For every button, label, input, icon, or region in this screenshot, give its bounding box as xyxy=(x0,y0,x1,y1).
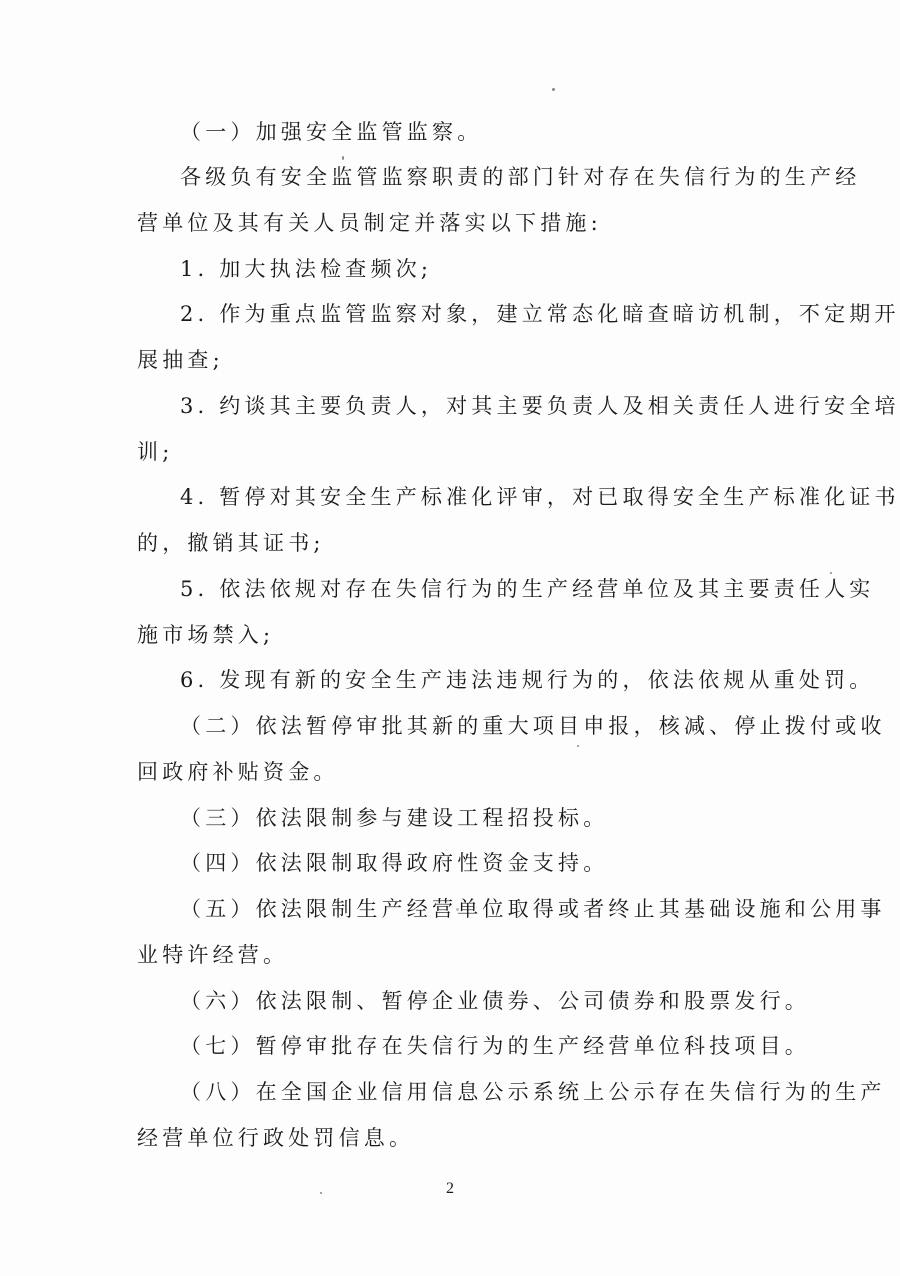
list-item-3: 3. 约谈其主要负责人，对其主要负责人及相关责任人进行安全培 xyxy=(180,392,830,420)
page-number: 2 xyxy=(0,1180,900,1198)
section-heading-4: （四）依法限制取得政府性资金支持。 xyxy=(180,849,830,877)
list-item-3-cont: 训; xyxy=(137,438,787,466)
list-item-5: 5. 依法依规对存在失信行为的生产经营单位及其主要责任人实 xyxy=(180,575,830,603)
section-heading-7: （七）暂停审批存在失信行为的生产经营单位科技项目。 xyxy=(180,1032,830,1060)
scan-speck xyxy=(830,572,832,574)
list-item-2: 2. 作为重点监管监察对象，建立常态化暗查暗访机制，不定期开 xyxy=(180,300,830,328)
document-page: （一）加强安全监管监察。 各级负有安全监管监察职责的部门针对存在失信行为的生产经… xyxy=(0,0,900,1276)
paragraph-line: 营单位及其有关人员制定并落实以下措施: xyxy=(137,209,787,237)
list-item-5-cont: 施市场禁入; xyxy=(137,621,787,649)
scan-speck xyxy=(552,88,555,91)
scan-speck xyxy=(456,908,459,911)
section-heading-2-cont: 回政府补贴资金。 xyxy=(137,758,787,786)
scan-speck xyxy=(320,1192,322,1194)
scan-speck xyxy=(342,156,344,160)
paragraph-line: 各级负有安全监管监察职责的部门针对存在失信行为的生产经 xyxy=(180,163,830,191)
section-heading-6: （六）依法限制、暂停企业债券、公司债券和股票发行。 xyxy=(180,987,830,1015)
section-heading-8-cont: 经营单位行政处罚信息。 xyxy=(137,1124,787,1152)
scan-speck xyxy=(577,745,579,747)
section-heading-2: （二）依法暂停审批其新的重大项目申报，核减、停止拨付或收 xyxy=(180,712,830,740)
section-heading-1: （一）加强安全监管监察。 xyxy=(180,118,830,146)
section-heading-3: （三）依法限制参与建设工程招投标。 xyxy=(180,804,830,832)
list-item-2-cont: 展抽查; xyxy=(137,346,787,374)
list-item-4-cont: 的，撤销其证书; xyxy=(137,529,787,557)
list-item-6: 6. 发现有新的安全生产违法违规行为的，依法依规从重处罚。 xyxy=(180,666,830,694)
section-heading-5-cont: 业特许经营。 xyxy=(137,941,787,969)
list-item-4: 4. 暂停对其安全生产标准化评审，对已取得安全生产标准化证书 xyxy=(180,483,830,511)
section-heading-5: （五）依法限制生产经营单位取得或者终止其基础设施和公用事 xyxy=(180,895,830,923)
section-heading-8: （八）在全国企业信用信息公示系统上公示存在失信行为的生产 xyxy=(180,1078,830,1106)
list-item-1: 1. 加大执法检查频次; xyxy=(180,255,830,283)
